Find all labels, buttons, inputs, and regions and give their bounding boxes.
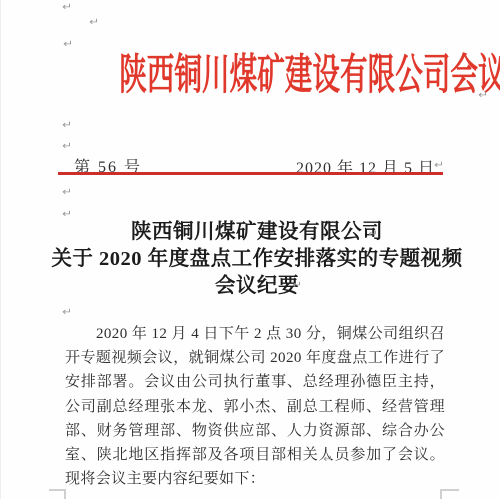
document-title-line1: 陕西铜川煤矿建设有限公司 [7,219,500,246]
document-page: 陕西铜川煤矿建设有限公司会议纪要 第 56 号 2020 年 12 月 5 日 … [0,0,500,499]
paragraph-mark-icon: ↵ [323,455,333,465]
document-title-line3: 会议纪要 [7,273,500,300]
paragraph-mark-icon: ↵ [62,3,72,13]
paragraph-mark-icon: ↵ [62,308,72,318]
document-title-line2: 关于 2020 年度盘点工作安排落实的专题视频 [7,246,500,273]
page-margin-corner-left-icon [49,489,66,499]
paragraph-mark-icon: ↵ [292,281,302,291]
paragraph-mark-icon: ↵ [434,161,444,171]
paragraph-mark-icon: ↵ [62,121,72,131]
paragraph-mark-icon: ↵ [62,142,72,152]
letterhead-title: 陕西铜川煤矿建设有限公司会议纪要 [119,52,500,99]
document-title: 陕西铜川煤矿建设有限公司 关于 2020 年度盘点工作安排落实的专题视频 会议纪… [7,219,500,300]
paragraph-mark-icon: ↵ [89,18,99,28]
page-margin-corner-right-icon [440,489,459,499]
paragraph-mark-icon: ↵ [478,91,488,101]
paragraph-mark-icon: ↵ [62,210,72,220]
letterhead-title-row: 陕西铜川煤矿建设有限公司会议纪要 [20,53,500,97]
paragraph-mark-icon: ↵ [368,230,378,240]
body-paragraph: 2020 年 12 月 4 日下午 2 点 30 分，铜煤公司组织召开专题视频会… [65,322,445,491]
paragraph-mark-icon: ↵ [63,40,73,50]
paragraph-mark-icon: ↵ [62,188,72,198]
red-divider-line [58,172,443,175]
